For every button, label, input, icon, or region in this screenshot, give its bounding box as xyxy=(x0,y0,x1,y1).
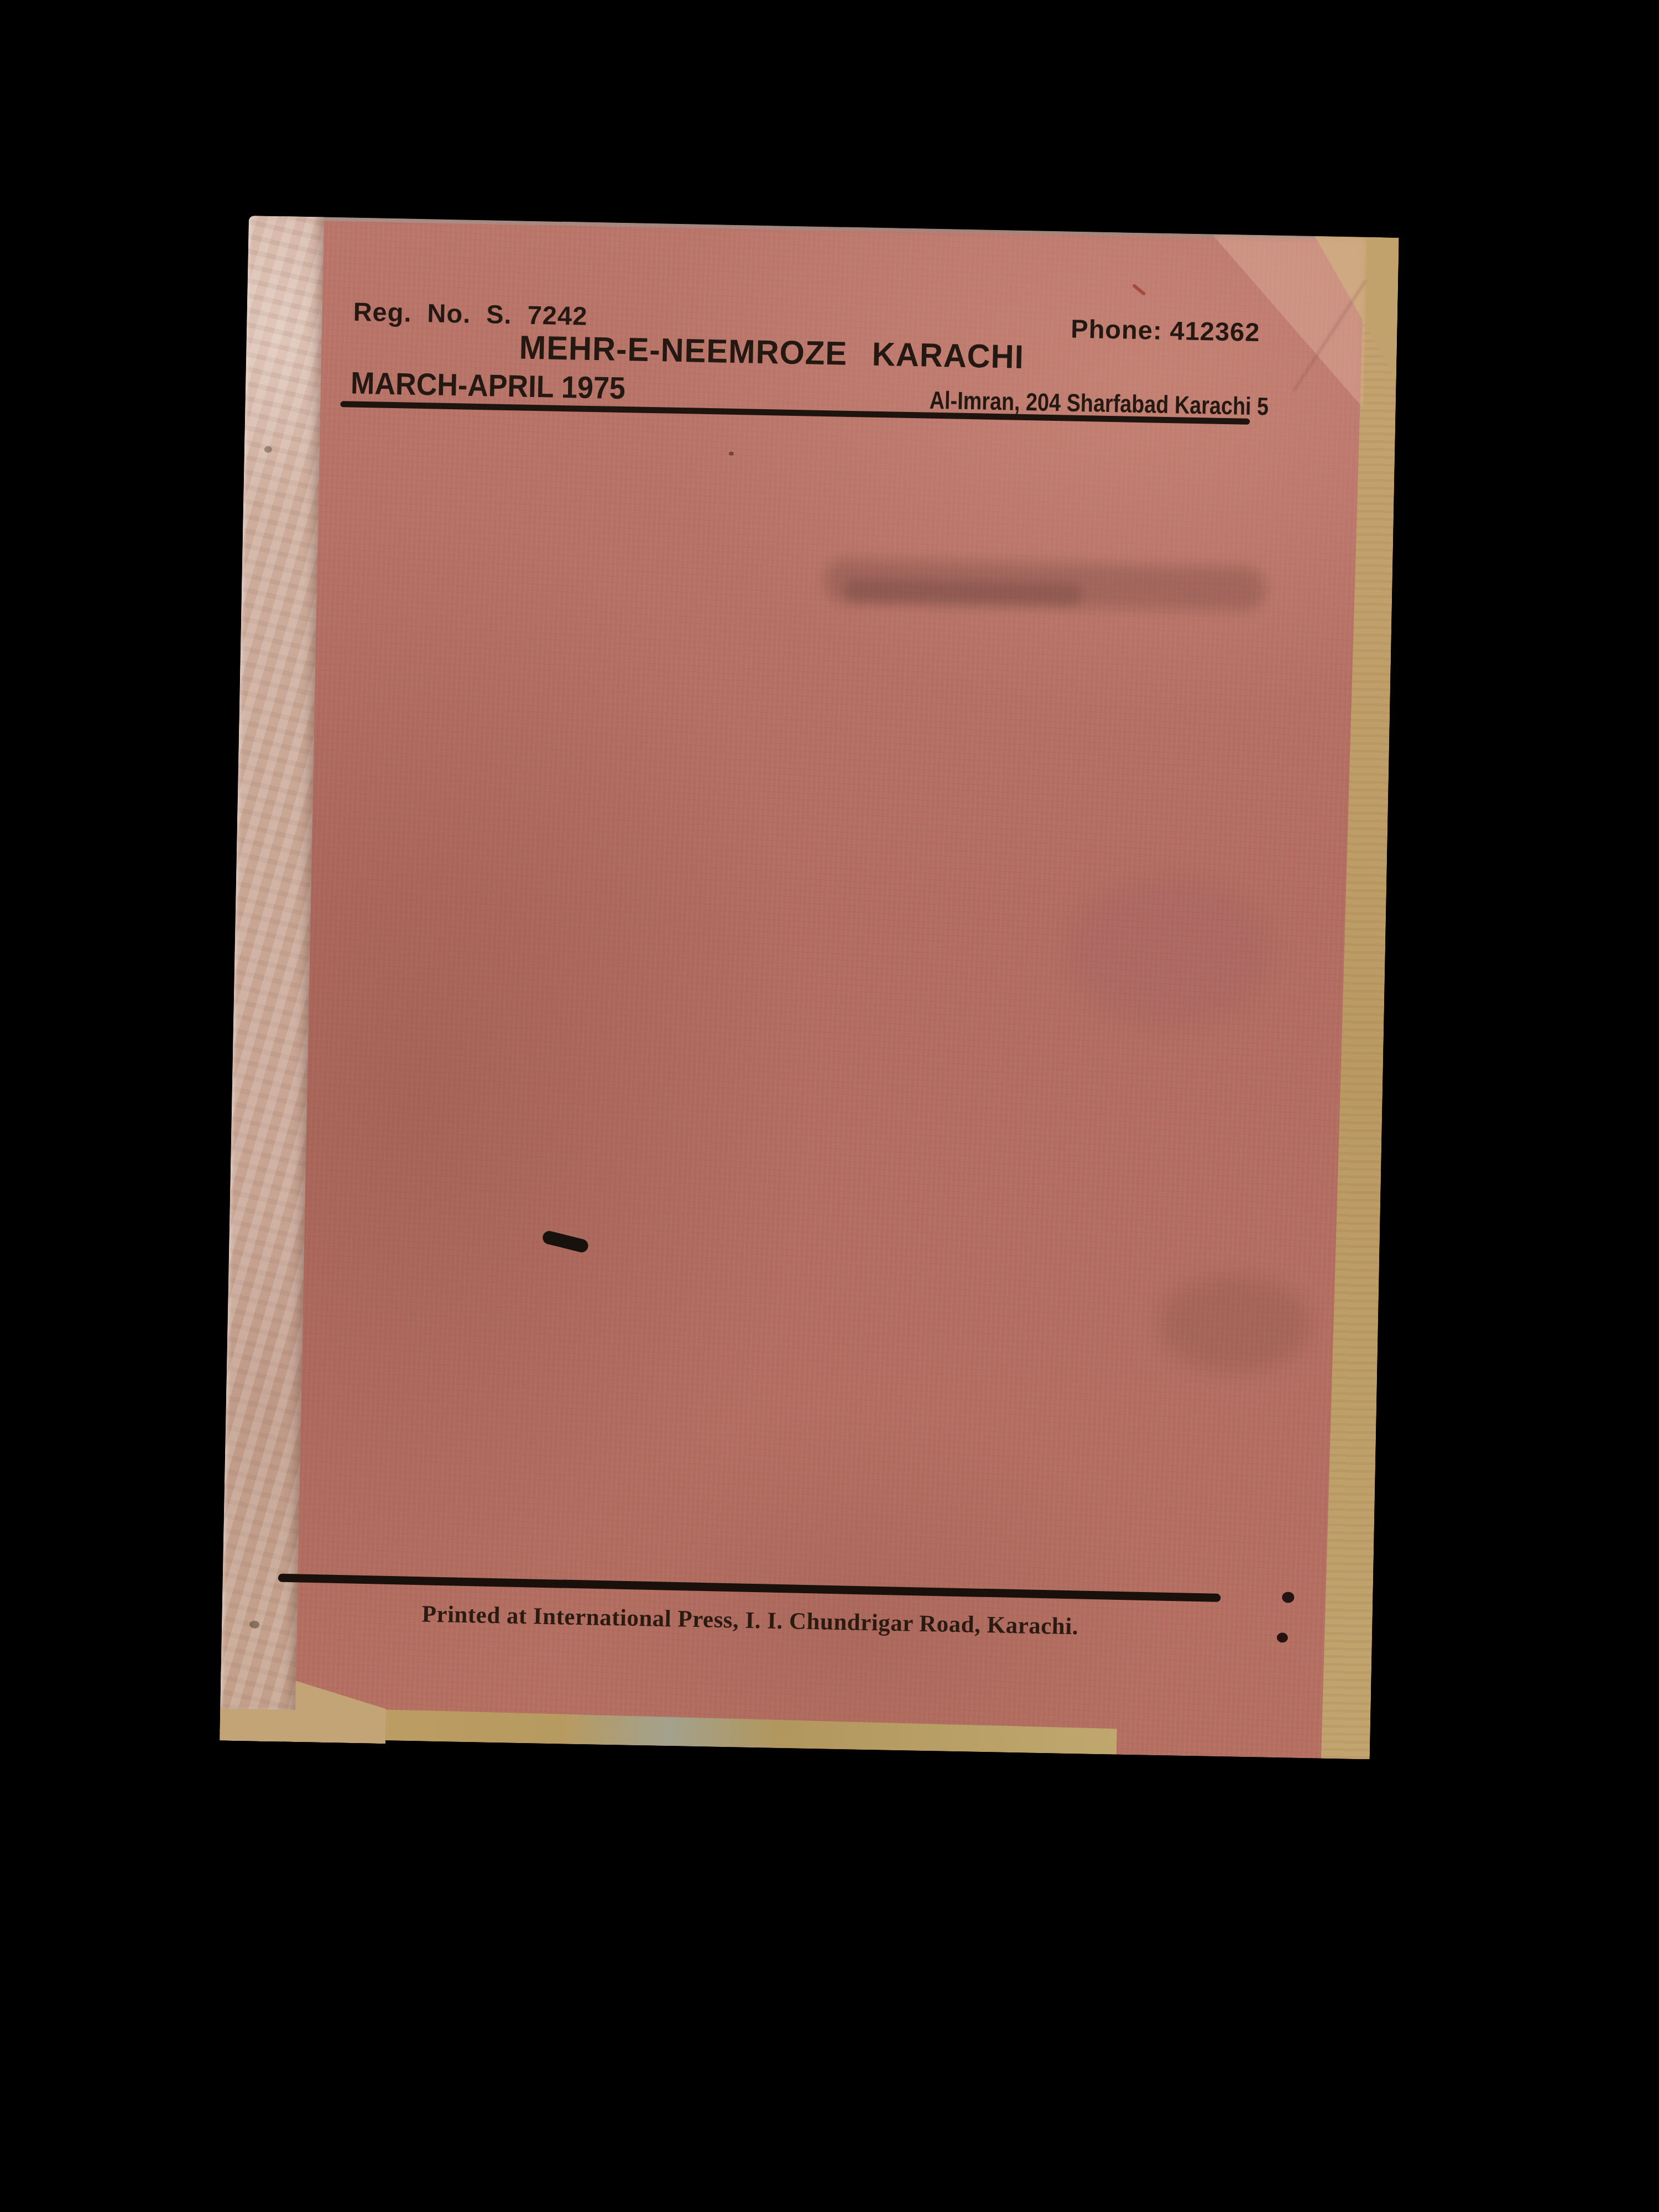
magazine-cover: Reg. No. S. 7242 Phone: 412362 MEHR-E-NE… xyxy=(220,216,1399,1759)
phone-number: Phone: 412362 xyxy=(1071,314,1260,348)
registration-number: Reg. No. S. 7242 xyxy=(353,296,588,331)
title-city: KARACHI xyxy=(872,335,1024,376)
title-main: MEHR-E-NEEMROZE xyxy=(519,328,848,372)
paper-speck xyxy=(729,452,734,456)
issue-date: MARCH-APRIL 1975 xyxy=(351,365,626,406)
ghost-smudge-inner xyxy=(844,579,1083,607)
photo-background: Reg. No. S. 7242 Phone: 412362 MEHR-E-NE… xyxy=(0,0,1659,2212)
spine-speck-top xyxy=(264,446,272,453)
